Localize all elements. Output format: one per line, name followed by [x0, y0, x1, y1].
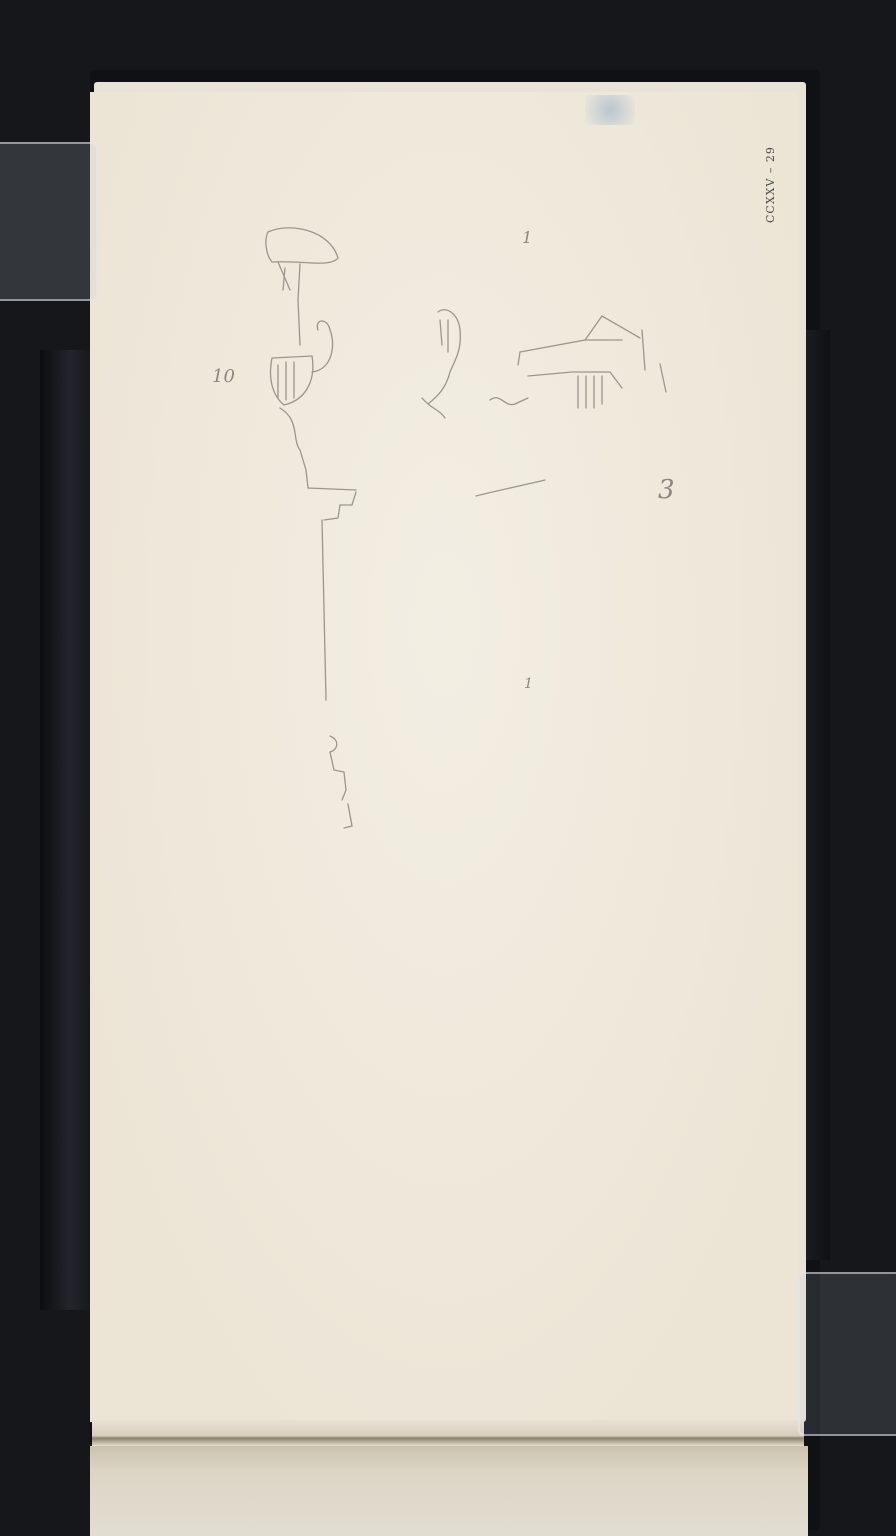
annotation-1-top: 1: [522, 228, 532, 247]
plastic-clip-left: [0, 142, 98, 301]
lower-page: [90, 1446, 808, 1536]
plastic-clip-right: [798, 1272, 896, 1436]
pencil-sketches: [0, 0, 896, 1536]
annotation-3: 3: [658, 475, 675, 505]
page-gutter: [92, 1420, 804, 1446]
annotation-10: 10: [212, 366, 235, 387]
annotation-1-center: 1: [524, 676, 533, 692]
